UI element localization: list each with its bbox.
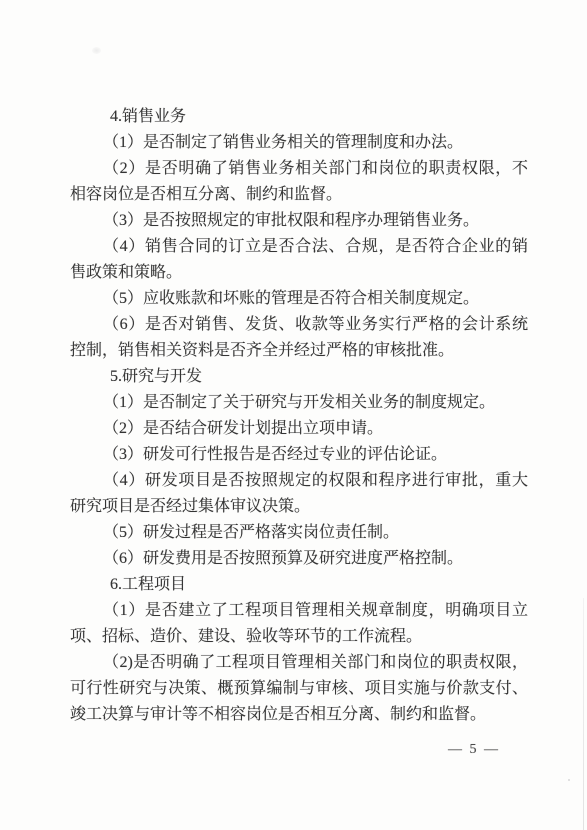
text-line: （1）是否制定了关于研究与开发相关业务的制度规定。 <box>70 390 528 416</box>
scan-speck-artifact <box>568 779 570 781</box>
text-line: 售政策和策略。 <box>70 260 528 286</box>
text-line: （5）应收账款和坏账的管理是否符合相关制度规定。 <box>70 286 528 312</box>
text-line: 项、招标、造价、建设、验收等环节的工作流程。 <box>70 624 528 650</box>
text-line: 6.工程项目 <box>70 572 528 598</box>
text-line: 可行性研究与决策、概预算编制与审核、项目实施与价款支付、 <box>70 676 528 702</box>
scan-edge-artifact <box>583 598 584 830</box>
text-line: 竣工决算与审计等不相容岗位是否相互分离、制约和监督。 <box>70 702 528 728</box>
text-line: （5）研发过程是否严格落实岗位责任制。 <box>70 520 528 546</box>
document-page: 4.销售业务（1）是否制定了销售业务相关的管理制度和办法。（2）是否明确了销售业… <box>0 0 587 830</box>
text-line: （6）是否对销售、发货、收款等业务实行严格的会计系统 <box>70 312 528 338</box>
text-line: 相容岗位是否相互分离、制约和监督。 <box>70 182 528 208</box>
text-line: （3）是否按照规定的审批权限和程序办理销售业务。 <box>70 208 528 234</box>
text-line: （4）研发项目是否按照规定的权限和程序进行审批，重大 <box>70 468 528 494</box>
text-line: （1）是否制定了销售业务相关的管理制度和办法。 <box>70 130 528 156</box>
text-line: （4）销售合同的订立是否合法、合规，是否符合企业的销 <box>70 234 528 260</box>
text-line: 5.研究与开发 <box>70 364 528 390</box>
text-line: （6）研发费用是否按照预算及研究进度严格控制。 <box>70 546 528 572</box>
page-number: — 5 — <box>448 742 518 758</box>
text-line: 研究项目是否经过集体审议决策。 <box>70 494 528 520</box>
text-line: （2）是否明确了销售业务相关部门和岗位的职责权限，不 <box>70 156 528 182</box>
text-line: （3）研发可行性报告是否经过专业的评估论证。 <box>70 442 528 468</box>
text-line: （2）是否结合研发计划提出立项申请。 <box>70 416 528 442</box>
text-line: 4.销售业务 <box>70 104 528 130</box>
text-line: （1）是否建立了工程项目管理相关规章制度，明确项目立 <box>70 598 528 624</box>
scan-smudge-artifact <box>92 47 101 54</box>
text-line: 控制，销售相关资料是否齐全并经过严格的审核批准。 <box>70 338 528 364</box>
document-body: 4.销售业务（1）是否制定了销售业务相关的管理制度和办法。（2）是否明确了销售业… <box>70 104 528 728</box>
text-line: （2)是否明确了工程项目管理相关部门和岗位的职责权限， <box>70 650 528 676</box>
